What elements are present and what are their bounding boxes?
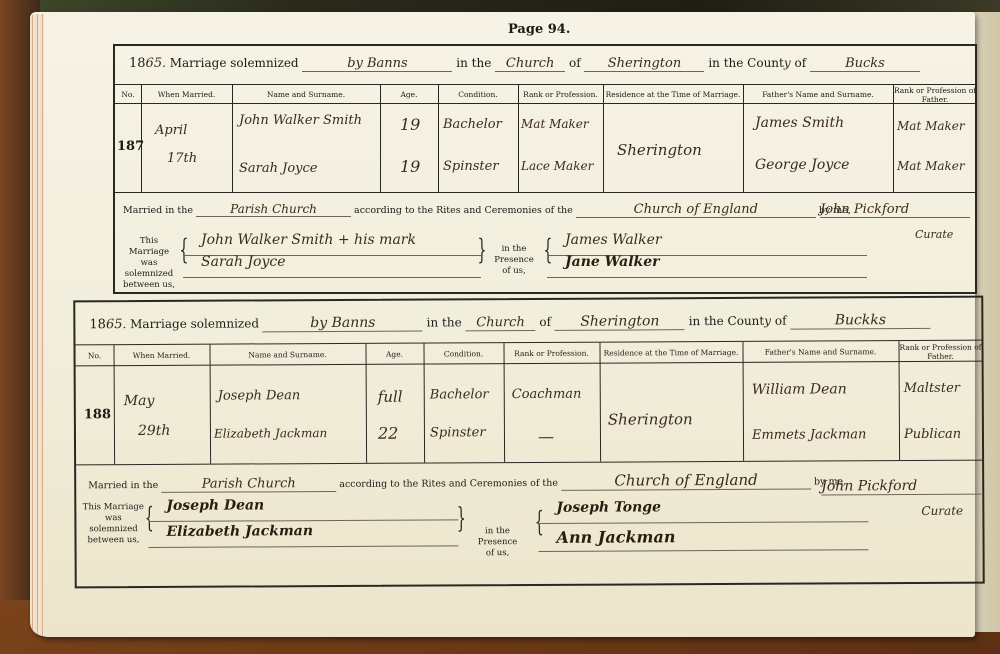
page-edges [30,14,44,636]
groom-rank: Coachman [512,387,582,402]
entry-number: 188 [84,407,111,422]
groom-age: 19 [400,115,420,134]
groom-condition: Bachelor [443,117,502,132]
married-in: Parish Church [161,476,336,493]
marriage-entry-187: 1865. Marriage solemnized by Banns in th… [113,44,977,294]
groom-rank: Mat Maker [521,117,589,131]
groom-father: William Dean [752,381,847,397]
married-in: Parish Church [196,202,351,217]
entry-number: 187 [117,139,144,154]
entry-table: No. When Married. Name and Surname. Age.… [115,84,975,192]
bride-father: George Joyce [755,157,849,173]
marriage-entry-188: 1865. Marriage solemnized by Banns in th… [73,296,984,589]
party-signature-1: Joseph Dean [148,496,458,522]
bride-name: Sarah Joyce [239,161,317,176]
solemnized-by: by Banns [302,56,452,72]
groom-condition: Bachelor [430,387,489,402]
witness-signature-2: Ann Jackman [538,526,868,552]
entry-header: 1865. Marriage solemnized by Banns in th… [129,56,920,72]
bride-condition: Spinster [443,159,499,174]
church-word: Church [495,56,565,72]
county: Buckks [790,312,930,330]
parish: Sherington [555,313,685,331]
solemnized-between-label: This Marriage was solemnized between us, [119,236,179,291]
married-in-line: Married in the Parish Church according t… [88,470,846,493]
bride-age: 19 [400,157,420,176]
party-signature-2: Sarah Joyce [183,254,481,278]
entry-table: No. When Married. Name and Surname. Age.… [75,340,982,465]
groom-name: Joseph Dean [218,388,301,403]
bride-rank: — [538,427,554,446]
groom-father: James Smith [755,115,844,131]
when-married-month: May [124,393,155,409]
rites: Church of England [561,471,811,491]
bride-rank: Lace Maker [521,159,593,173]
bride-age: 22 [378,424,398,443]
page-number: Page 94. [508,22,570,37]
bride-name: Elizabeth Jackman [214,426,327,441]
when-married-day: 29th [138,423,171,439]
party-signature-2: Elizabeth Jackman [148,522,458,548]
bride-father: Emmets Jackman [752,427,867,443]
when-married-month: April [155,123,187,138]
officiant-signature: John Pickford [821,478,981,496]
officiant-title: Curate [915,228,953,241]
church-word: Church [465,315,535,331]
witness-signature-1: James Walker [547,232,867,256]
solemnized-by: by Banns [263,315,423,333]
groom-age: full [378,388,403,406]
when-married-day: 17th [167,151,197,166]
presence-label: in the Presence of us, [489,244,539,277]
officiant-title: Curate [921,504,963,518]
bride-condition: Spinster [430,425,486,440]
married-in-line: Married in the Parish Church according t… [123,202,851,218]
presence-label: in the Presence of us, [472,526,522,559]
officiant-signature: John Pickford [820,202,970,218]
bride-father-rank: Publican [904,427,961,442]
parish: Sherington [584,56,704,72]
bride-father-rank: Mat Maker [897,159,965,173]
groom-name: John Walker Smith [239,113,379,128]
residence: Sherington [608,410,693,428]
groom-father-rank: Mat Maker [897,119,965,133]
solemnized-between-label: This Marriage was solemnized between us, [82,502,144,546]
entry-header: 1865. Marriage solemnized by Banns in th… [89,312,930,333]
rites: Church of England [576,202,816,218]
witness-signature-2: Jane Walker [547,254,867,278]
witness-signature-1: Joseph Tonge [538,498,868,524]
party-signature-1: John Walker Smith + his mark [183,232,481,256]
county: Bucks [810,56,920,72]
residence: Sherington [617,141,702,159]
groom-father-rank: Maltster [904,381,960,396]
